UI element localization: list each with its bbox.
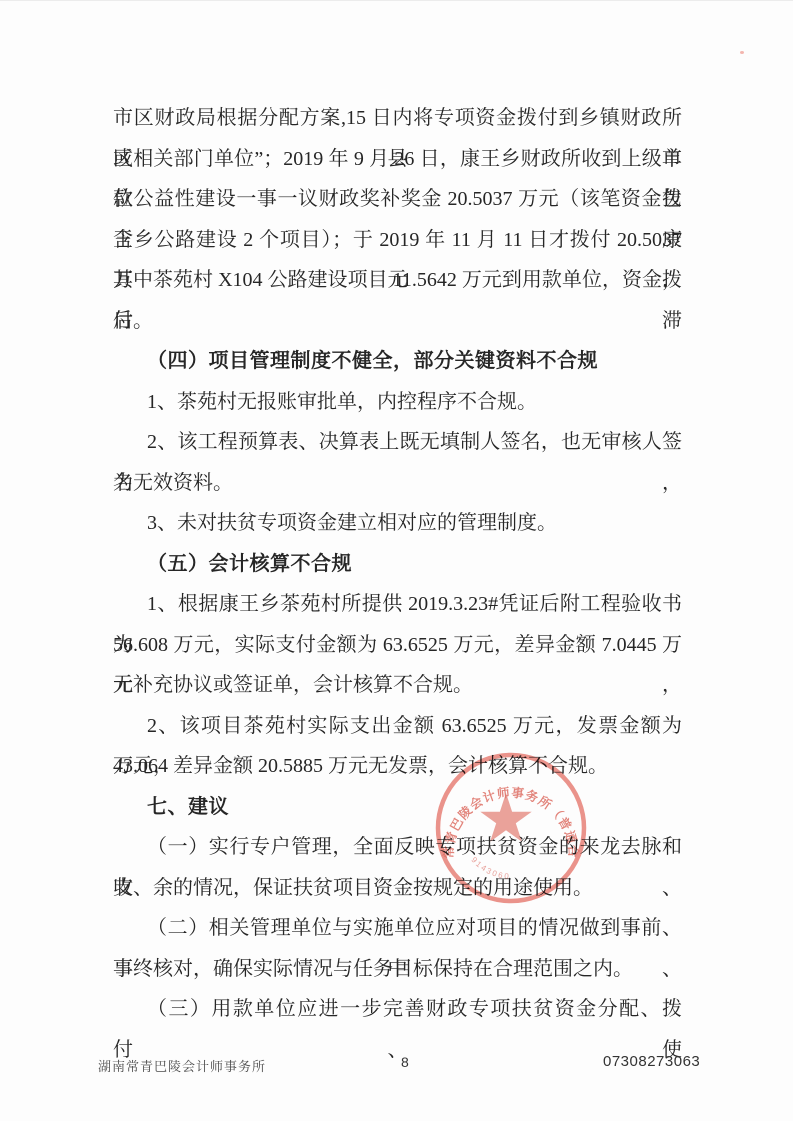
text-line: 56.608 万元，实际支付金额为 63.6525 万元，差异金额 7.0445… bbox=[113, 625, 682, 666]
text-line: （一）实行专户管理，全面反映专项扶贫资金的来龙去脉和收、 bbox=[113, 827, 682, 868]
text-line: 2、该工程预算表、决算表上既无填制人签名，也无审核人签名， bbox=[113, 422, 682, 463]
text-line: （三）用款单位应进一步完善财政专项扶贫资金分配、拨付、使 bbox=[113, 989, 682, 1030]
text-line: 3、未对扶贫专项资金建立相对应的管理制度。 bbox=[113, 503, 682, 544]
text-line: 1、茶苑村无报账审批单，内控程序不合规。 bbox=[113, 382, 682, 423]
footer-phone: 07308273063 bbox=[603, 1053, 700, 1070]
text-line: 2、该项目茶苑村实际支出金额 63.6525 万元，发票金额为 43.064 bbox=[113, 706, 682, 747]
text-line: 七、建议 bbox=[113, 787, 682, 828]
text-line: 款公益性建设一事一议财政奖补奖金 20.5037 万元（该笔资金包含康 bbox=[113, 179, 682, 220]
text-line: 1、根据康王乡茶苑村所提供 2019.3.23#凭证后附工程验收书为 bbox=[113, 584, 682, 625]
footer-page-number: 8 bbox=[401, 1054, 409, 1070]
document-page: 市区财政局根据分配方案,15 日内将专项资金拨付到乡镇财政所或县市区相关部门单位… bbox=[0, 0, 793, 1121]
text-line: 区相关部门单位”；2019 年 9 月 26 日，康王乡财政所收到上级单位拨 bbox=[113, 139, 682, 180]
text-line: 王乡公路建设 2 个项目）；于 2019 年 11 月 11 日才拨付 20.5… bbox=[113, 220, 682, 261]
text-line: （四）项目管理制度不健全，部分关键资料不合规 bbox=[113, 341, 682, 382]
text-line: 其中茶苑村 X104 公路建设项目 11.5642 万元到用款单位，资金拨付滞 bbox=[113, 260, 682, 301]
footer-firm-name: 湖南常青巴陵会计师事务所 bbox=[98, 1056, 266, 1075]
scan-speck bbox=[740, 51, 744, 54]
document-body: 市区财政局根据分配方案,15 日内将专项资金拨付到乡镇财政所或县市区相关部门单位… bbox=[113, 98, 682, 1030]
text-line: 事终核对，确保实际情况与任务目标保持在合理范围之内。 bbox=[113, 949, 682, 990]
text-line: （二）相关管理单位与实施单位应对项目的情况做到事前、事中、 bbox=[113, 908, 682, 949]
text-line: 市区财政局根据分配方案,15 日内将专项资金拨付到乡镇财政所或县市 bbox=[113, 98, 682, 139]
text-line: 万元，差异金额 20.5885 万元无发票，会计核算不合规。 bbox=[113, 746, 682, 787]
text-line: （五）会计核算不合规 bbox=[113, 544, 682, 585]
